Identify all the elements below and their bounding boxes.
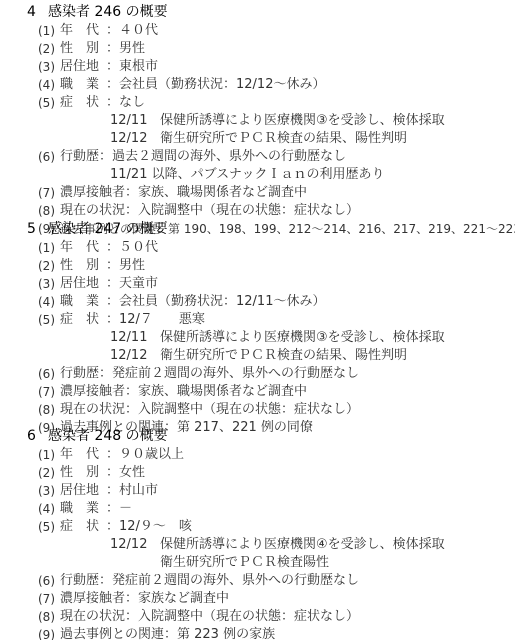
item-number: (4) <box>38 500 55 518</box>
item-value: ：天童市 <box>106 275 158 293</box>
timeline-date: 12/12 <box>110 536 147 554</box>
item-text: 行動歴：発症前２週間の海外、県外への行動歴なし <box>60 365 359 383</box>
section-title: 感染者 248 の概要 <box>48 427 168 445</box>
timeline-date: 12/12 <box>110 347 147 365</box>
item-number: (5) <box>38 94 55 112</box>
item-label: 居住地 <box>60 275 99 293</box>
item-value: ：なし <box>106 94 145 112</box>
timeline-desc: 衛生研究所でＰＣＲ検査の結果、陽性判明 <box>160 130 407 148</box>
item-number: (6) <box>38 365 55 383</box>
item-label: 性 別 <box>60 40 99 58</box>
item-number: (2) <box>38 464 55 482</box>
section-title: 感染者 246 の概要 <box>48 3 168 21</box>
item-text: 濃厚接触者：家族など調査中 <box>60 590 229 608</box>
item-number: (4) <box>38 293 55 311</box>
item-number: (7) <box>38 184 55 202</box>
item-number: (6) <box>38 572 55 590</box>
section-number: 4 <box>27 3 36 21</box>
item-text: 行動歴：発症前２週間の海外、県外への行動歴なし <box>60 572 359 590</box>
item-number: (8) <box>38 401 55 419</box>
item-value: ：男性 <box>106 40 145 58</box>
timeline-desc: 衛生研究所でＰＣＲ検査の結果、陽性判明 <box>160 347 407 365</box>
item-number: (7) <box>38 383 55 401</box>
timeline-desc: 保健所誘導により医療機関③を受診し、検体採取 <box>160 112 445 130</box>
item-label: 職 業 <box>60 293 99 311</box>
item-text: 行動歴：過去２週間の海外、県外への行動歴なし <box>60 148 346 166</box>
item-value: ：４０代 <box>106 22 158 40</box>
item-value: ：東根市 <box>106 58 158 76</box>
timeline-date: 12/11 <box>110 329 147 347</box>
item-number: (1) <box>38 446 55 464</box>
item-number: (7) <box>38 590 55 608</box>
item-label: 職 業 <box>60 500 99 518</box>
item-label: 年 代 <box>60 22 99 40</box>
item-value: ：村山市 <box>106 482 158 500</box>
item-label: 性 別 <box>60 257 99 275</box>
section-number: 5 <box>27 220 36 238</box>
item-text: 現在の状況：入院調整中（現在の状態：症状なし） <box>60 608 359 626</box>
item-number: (1) <box>38 22 55 40</box>
item-label: 性 別 <box>60 464 99 482</box>
item-number: (2) <box>38 40 55 58</box>
item-text: 11/21 以降、パブスナックＩａｎの利用歴あり <box>110 166 385 184</box>
item-value: ：－ <box>106 500 132 518</box>
item-value: ：女性 <box>106 464 145 482</box>
item-label: 年 代 <box>60 446 99 464</box>
item-label: 居住地 <box>60 482 99 500</box>
item-number: (6) <box>38 148 55 166</box>
item-number: (5) <box>38 311 55 329</box>
item-value: ：会社員（勤務状況：12/12～休み） <box>106 76 325 94</box>
item-number: (2) <box>38 257 55 275</box>
item-number: (8) <box>38 202 55 220</box>
item-text: 濃厚接触者：家族、職場関係者など調査中 <box>60 383 307 401</box>
item-value: ：９０歳以上 <box>106 446 184 464</box>
timeline-date: 12/12 <box>110 130 147 148</box>
item-label: 年 代 <box>60 239 99 257</box>
item-value: ：会社員（勤務状況：12/11～休み） <box>106 293 325 311</box>
item-number: (3) <box>38 58 55 76</box>
section-number: 6 <box>27 427 36 445</box>
item-label: 症 状 <box>60 311 99 329</box>
item-number: (3) <box>38 482 55 500</box>
item-value: ：12/９～ 咳 <box>106 518 192 536</box>
timeline-desc: 衛生研究所でＰＣＲ検査陽性 <box>160 554 329 572</box>
item-label: 症 状 <box>60 94 99 112</box>
item-label: 職 業 <box>60 76 99 94</box>
section-title: 感染者 247 の概要 <box>48 220 168 238</box>
timeline-desc: 保健所誘導により医療機関④を受診し、検体採取 <box>160 536 445 554</box>
timeline-desc: 保健所誘導により医療機関③を受診し、検体採取 <box>160 329 445 347</box>
item-label: 居住地 <box>60 58 99 76</box>
item-value: ：５０代 <box>106 239 158 257</box>
item-value: ：男性 <box>106 257 145 275</box>
item-text: 濃厚接触者：家族、職場関係者など調査中 <box>60 184 307 202</box>
item-number: (4) <box>38 76 55 94</box>
item-number: (5) <box>38 518 55 536</box>
timeline-date: 12/11 <box>110 112 147 130</box>
item-label: 症 状 <box>60 518 99 536</box>
item-text: 現在の状況：入院調整中（現在の状態：症状なし） <box>60 202 359 220</box>
item-text: 現在の状況：入院調整中（現在の状態：症状なし） <box>60 401 359 419</box>
item-number: (1) <box>38 239 55 257</box>
item-number: (8) <box>38 608 55 626</box>
item-value: ：12/７ 悪寒 <box>106 311 205 329</box>
item-text: 過去事例との関連：第 223 例の家族 <box>60 626 275 640</box>
item-number: (3) <box>38 275 55 293</box>
item-number: (9) <box>38 626 55 640</box>
